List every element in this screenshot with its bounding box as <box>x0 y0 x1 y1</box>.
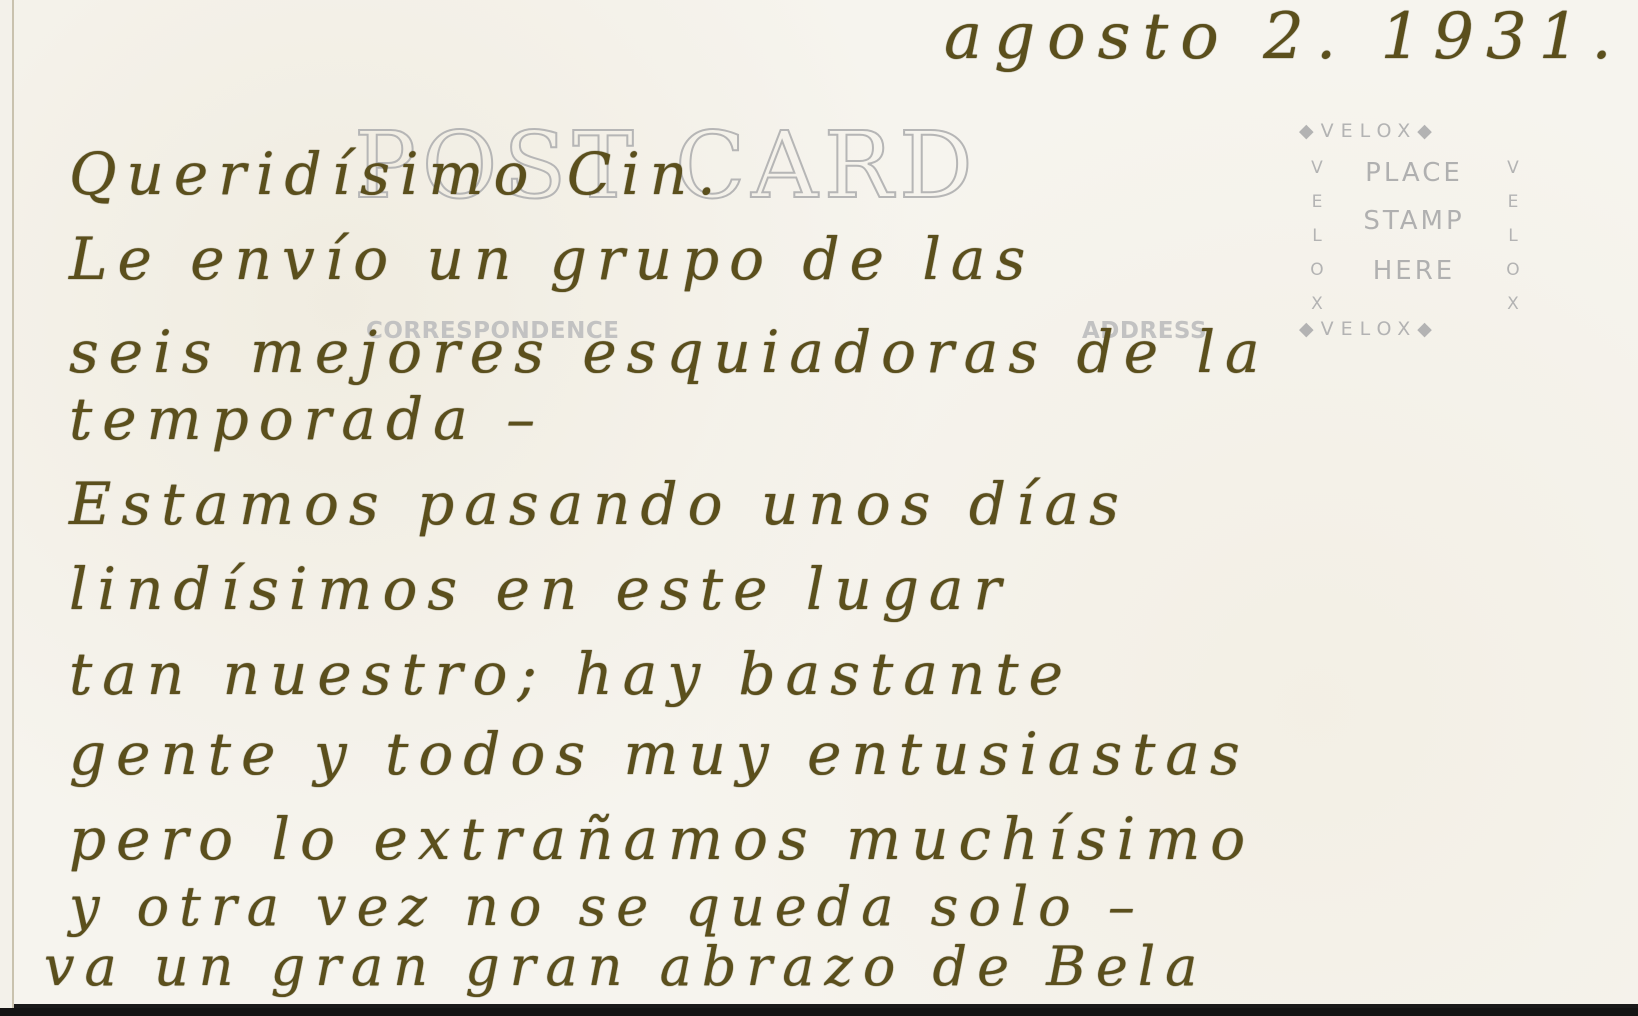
handwritten-line: lindísimos en este lugar <box>69 555 1011 623</box>
handwritten-line: Le envío un grupo de las <box>69 225 1035 293</box>
handwritten-line: Estamos pasando unos días <box>69 470 1129 538</box>
stamp-text-here: HERE <box>1339 256 1489 286</box>
handwritten-date: agosto 2. 1931. <box>944 0 1624 74</box>
handwritten-line: tan nuestro; hay bastante <box>69 640 1073 708</box>
scan-bottom-edge <box>0 1008 1638 1016</box>
handwritten-line: seis mejores esquiadoras de la <box>69 318 1270 386</box>
handwritten-line: gente y todos muy entusiastas <box>69 720 1250 788</box>
stamp-box: ◆VELOX◆ VELOX VELOX PLACE STAMP HERE ◆VE… <box>1299 118 1514 343</box>
stamp-border-left: VELOX <box>1301 158 1321 328</box>
stamp-border-top: ◆VELOX◆ <box>1299 120 1439 142</box>
handwritten-line-signature: va un gran gran abrazo de Bela <box>44 935 1207 998</box>
postcard: POST CARD CORRESPONDENCE ADDRESS ◆VELOX◆… <box>12 0 1638 1010</box>
stamp-border-bottom: ◆VELOX◆ <box>1299 318 1439 340</box>
handwritten-line: temporada – <box>69 385 545 453</box>
stamp-text-place: PLACE <box>1339 158 1489 188</box>
handwritten-line: y otra vez no se queda solo – <box>69 875 1145 938</box>
stamp-text-stamp: STAMP <box>1339 206 1489 236</box>
handwritten-line-salutation: Queridísimo Cin. <box>69 140 726 208</box>
handwritten-line: pero lo extrañamos muchísimo <box>69 805 1255 873</box>
stamp-border-right: VELOX <box>1497 158 1517 328</box>
